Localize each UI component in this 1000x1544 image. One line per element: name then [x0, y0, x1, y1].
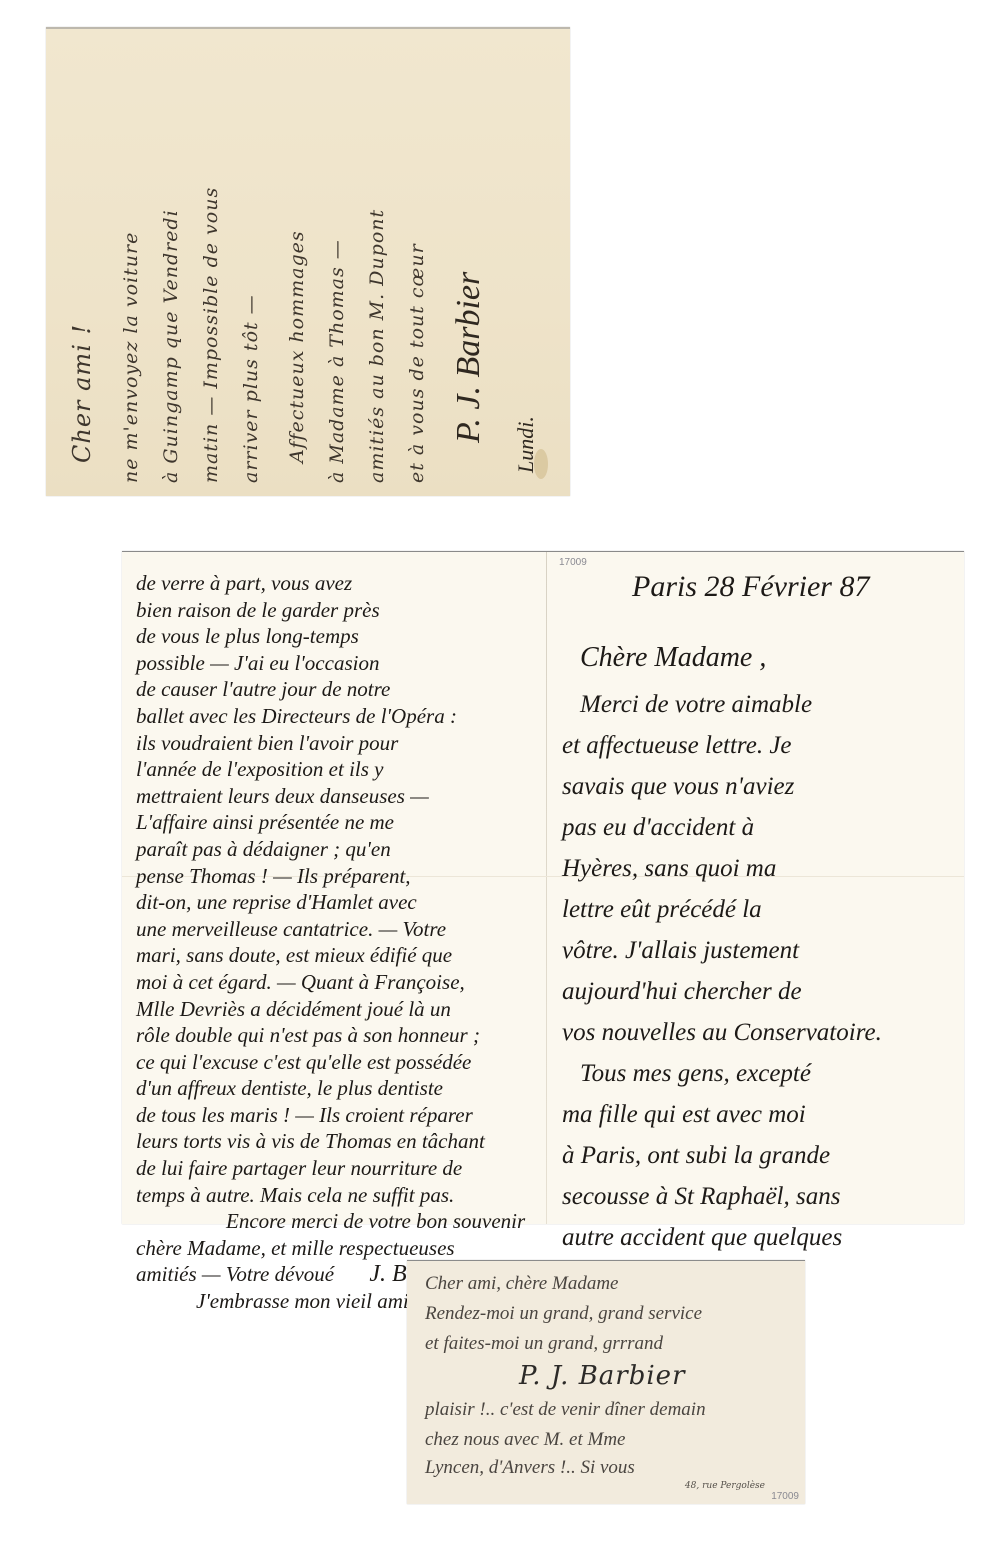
letter-line: à Madame à Thomas —	[326, 239, 348, 483]
letter-line: de lui faire partager leur nourriture de	[136, 1155, 546, 1182]
letter-line: Tous mes gens, excepté	[580, 1053, 962, 1094]
letter-one-sheet: Cher ami ! ne m'envoyez la voiture à Gui…	[46, 27, 570, 496]
letter-line: pas eu d'accident à	[562, 807, 962, 848]
letter-line: paraît pas à dédaigner ; qu'en	[136, 836, 546, 863]
card-line: Cher ami, chère Madame	[425, 1273, 618, 1295]
card-line: Lyncen, d'Anvers !.. Si vous	[425, 1457, 635, 1479]
letter-line: de causer l'autre jour de notre	[136, 676, 546, 703]
letter-line: aujourd'hui chercher de	[562, 971, 962, 1012]
closing: amitiés — Votre dévoué	[136, 1262, 334, 1286]
letter-line: à Guingamp que Vendredi	[160, 209, 182, 483]
letter-line: une merveilleuse cantatrice. — Votre	[136, 916, 546, 943]
letter-line: ne m'envoyez la voiture	[120, 231, 142, 482]
right-page: Paris 28 Février 87 Chère Madame , Merci…	[562, 566, 962, 1299]
archive-number: 17009	[771, 1491, 799, 1502]
left-page: de verre à part, vous avez bien raison d…	[136, 570, 546, 1315]
letter-line: de verre à part, vous avez	[136, 570, 546, 597]
letter-line: vos nouvelles au Conservatoire.	[562, 1012, 962, 1053]
card-line: et faites-moi un grand, grrrand	[425, 1333, 663, 1355]
salutation: Chère Madame ,	[580, 637, 962, 678]
letter-line: de tous les maris ! — Ils croient répare…	[136, 1102, 546, 1129]
letter-line: d'un affreux dentiste, le plus dentiste	[136, 1075, 546, 1102]
card-line: chez nous avec M. et Mme	[425, 1429, 625, 1451]
letter-line: savais que vous n'aviez	[562, 766, 962, 807]
letter-line: amitiés au bon M. Dupont	[366, 208, 388, 482]
letter-line: ballet avec les Directeurs de l'Opéra :	[136, 703, 546, 730]
letter-line: ma fille qui est avec moi	[562, 1094, 962, 1135]
letter-line: bien raison de le garder près	[136, 597, 546, 624]
letter-line: ils voudraient bien l'avoir pour	[136, 730, 546, 757]
letter-line: autre accident que quelques	[562, 1217, 962, 1258]
letter-line: Merci de votre aimable	[580, 684, 962, 725]
letter-line: leurs torts vis à vis de Thomas en tâcha…	[136, 1128, 546, 1155]
letter-line: mettraient leurs deux danseuses —	[136, 783, 546, 810]
rotated-handwriting: Cher ami ! ne m'envoyez la voiture à Gui…	[58, 43, 558, 483]
card-line: Rendez-moi un grand, grand service	[425, 1303, 702, 1325]
letter-line: Encore merci de votre bon souvenir	[226, 1208, 546, 1235]
letter-line: ce qui l'excuse c'est qu'elle est posséd…	[136, 1049, 546, 1076]
letter-line: pense Thomas ! — Ils préparent,	[136, 863, 546, 890]
letter-line: moi à cet égard. — Quant à Françoise,	[136, 969, 546, 996]
letter-line: et à vous de tout cœur	[406, 243, 428, 483]
letter-line: matin — Impossible de vous	[200, 186, 222, 482]
calling-card: Cher ami, chère Madame Rendez-moi un gra…	[407, 1260, 805, 1504]
letter-date: Paris 28 Février 87	[632, 566, 962, 607]
salutation: Cher ami !	[68, 323, 96, 462]
letter-line: et affectueuse lettre. Je	[562, 725, 962, 766]
letter-line: l'année de l'exposition et ils y	[136, 756, 546, 783]
letter-line: dit-on, une reprise d'Hamlet avec	[136, 889, 546, 916]
letter-line: mari, sans doute, est mieux édifié que	[136, 942, 546, 969]
letter-line: L'affaire ainsi présentée ne me	[136, 809, 546, 836]
paper-stain	[534, 449, 548, 479]
center-fold	[546, 552, 547, 1224]
letter-line: Affectueux hommages	[286, 230, 308, 463]
letter-line: de vous le plus long-temps	[136, 623, 546, 650]
engraved-address: 48, rue Pergolèse	[685, 1481, 765, 1491]
letter-line: temps à autre. Mais cela ne suffit pas.	[136, 1182, 546, 1209]
letter-line: rôle double qui n'est pas à son honneur …	[136, 1022, 546, 1049]
letter-line: possible — J'ai eu l'occasion	[136, 650, 546, 677]
letter-line: secousse à St Raphaël, sans	[562, 1176, 962, 1217]
letter-line: vôtre. J'allais justement	[562, 930, 962, 971]
letter-line: arriver plus tôt —	[240, 294, 262, 483]
letter-line: lettre eût précédé la	[562, 889, 962, 930]
card-line: plaisir !.. c'est de venir dîner demain	[425, 1399, 706, 1421]
engraved-name: P. J. Barbier	[519, 1361, 686, 1391]
letter-two-bifolium: 17009 de verre à part, vous avez bien ra…	[122, 551, 964, 1224]
letter-line: Hyères, sans quoi ma	[562, 848, 962, 889]
letter-line: chère Madame, et mille respectueuses	[136, 1235, 546, 1262]
signature: P. J. Barbier	[450, 271, 488, 442]
letter-line: Mlle Devriès a décidément joué là un	[136, 996, 546, 1023]
letter-line: à Paris, ont subi la grande	[562, 1135, 962, 1176]
